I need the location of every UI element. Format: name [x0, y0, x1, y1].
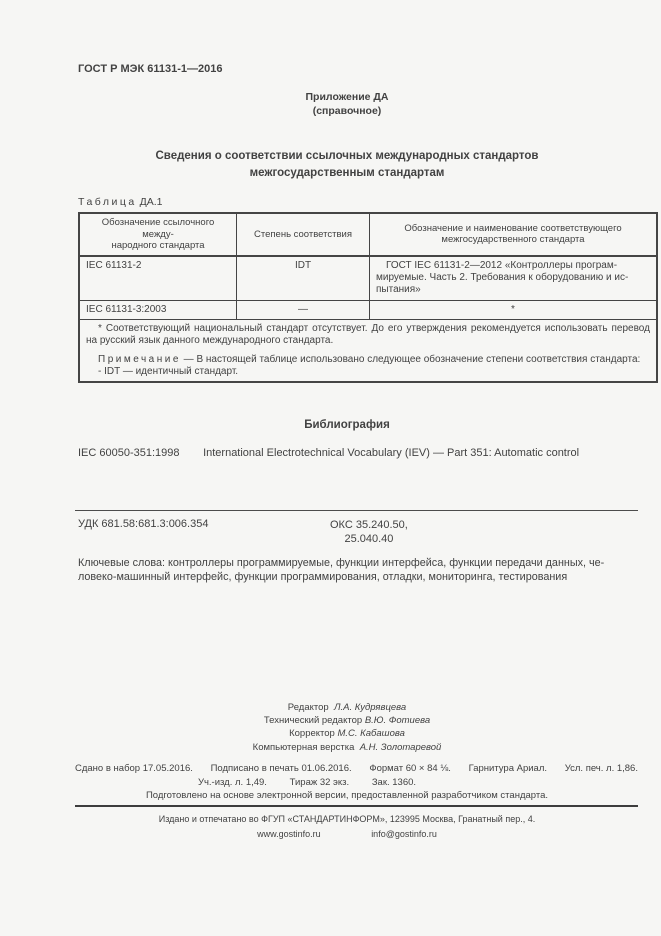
- publisher-contacts: www.gostinfo.ru info@gostinfo.ru: [78, 829, 616, 839]
- table-caption: Таблица ДА.1: [78, 196, 162, 208]
- annex-type: (справочное): [78, 105, 616, 119]
- table-row: IEC 61131-3:2003 — *: [79, 300, 657, 319]
- note-text: — В настоящей таблице использовано следу…: [181, 354, 640, 365]
- oks-code-line2: 25.040.40: [330, 532, 408, 546]
- bibliography-entry: IEC 60050-351:1998 International Electro…: [78, 447, 616, 459]
- staff-line-editor: Редактор Л.А. Кудрявцева: [78, 701, 616, 714]
- annex-header: Приложение ДА (справочное): [78, 91, 616, 118]
- column-header-reference-standard: Обозначение ссылочного между- народного …: [79, 213, 237, 256]
- keywords-paragraph: Ключевые слова: контроллеры программируе…: [78, 557, 623, 584]
- cell-reference-standard: IEC 61131-2: [79, 256, 237, 301]
- table-footnote-cell: * Соответствующий национальный стандарт …: [79, 319, 657, 382]
- print-conventional-sheets: Усл. печ. л. 1,86.: [565, 763, 638, 774]
- print-format: Формат 60 × 84 ⅛.: [369, 763, 451, 774]
- divider-rule-bottom: [75, 805, 638, 807]
- note-item-idt: - IDT — идентичный стандарт.: [86, 366, 650, 378]
- staff-name: Л.А. Кудрявцева: [334, 702, 406, 713]
- print-typeface: Гарнитура Ариал.: [469, 763, 547, 774]
- document-page: ГОСТ Р МЭК 61131-1—2016 Приложение ДА (с…: [0, 0, 661, 936]
- annex-title: Приложение ДА: [78, 91, 616, 105]
- cell-reference-standard: IEC 61131-3:2003: [79, 300, 237, 319]
- section-heading-line2: межгосударственным стандартам: [78, 165, 616, 182]
- standard-number: ГОСТ Р МЭК 61131-1—2016: [78, 63, 222, 75]
- print-info-line1: Сдано в набор 17.05.2016. Подписано в пе…: [75, 763, 638, 774]
- staff-role: Редактор: [288, 702, 329, 713]
- column-header-degree: Степень соответствия: [237, 213, 370, 256]
- section-heading-line1: Сведения о соответствии ссылочных междун…: [78, 148, 616, 165]
- column-header-corresponding-standard: Обозначение и наименование соответствующ…: [370, 213, 658, 256]
- publisher-email: info@gostinfo.ru: [371, 829, 437, 839]
- print-info-line2: Уч.-изд. л. 1,49. Тираж 32 экз. Зак. 136…: [38, 777, 576, 788]
- staff-role: Корректор: [289, 728, 335, 739]
- table-row: IEC 61131-2 IDT ГОСТ IEC 61131-2—2012 «К…: [79, 256, 657, 301]
- staff-name: М.С. Кабашова: [337, 728, 404, 739]
- oks-code-line1: ОКС 35.240.50,: [330, 518, 408, 532]
- note-label: Примечание: [98, 354, 181, 365]
- cell-corresponding-standard: *: [370, 300, 658, 319]
- divider-rule-top: [75, 510, 638, 511]
- cell-corresponding-standard: ГОСТ IEC 61131-2—2012 «Контроллеры прогр…: [370, 256, 658, 301]
- section-heading: Сведения о соответствии ссылочных междун…: [78, 148, 616, 182]
- bibliography-entry-text: International Electrotechnical Vocabular…: [203, 447, 579, 459]
- staff-line-proofreader: Корректор М.С. Кабашова: [78, 727, 616, 740]
- publisher-info: Издано и отпечатано во ФГУП «СТАНДАРТИНФ…: [78, 814, 616, 824]
- staff-line-technical-editor: Технический редактор В.Ю. Фотиева: [78, 714, 616, 727]
- correspondence-table: Обозначение ссылочного между- народного …: [78, 212, 658, 383]
- staff-name: А.Н. Золотаревой: [360, 742, 442, 753]
- table-caption-label: Таблица: [78, 196, 137, 208]
- bibliography-entry-ref: IEC 60050-351:1998: [78, 447, 200, 459]
- print-order-number: Зак. 1360.: [372, 777, 416, 788]
- table-header-row: Обозначение ссылочного между- народного …: [79, 213, 657, 256]
- staff-role: Компьютерная верстка: [253, 742, 355, 753]
- cell-degree: —: [237, 300, 370, 319]
- staff-role: Технический редактор: [264, 715, 362, 726]
- table-footnote: * Соответствующий национальный стандарт …: [86, 323, 650, 347]
- colophon-staff: Редактор Л.А. Кудрявцева Технический ред…: [78, 701, 616, 754]
- cell-degree: IDT: [237, 256, 370, 301]
- print-info-line3: Подготовлено на основе электронной верси…: [78, 790, 616, 801]
- staff-name: В.Ю. Фотиева: [365, 715, 430, 726]
- print-sent-to-typesetting: Сдано в набор 17.05.2016.: [75, 763, 193, 774]
- udk-code: УДК 681.58:681.3:006.354: [78, 518, 208, 530]
- oks-code: ОКС 35.240.50, 25.040.40: [330, 518, 408, 546]
- print-circulation: Тираж 32 экз.: [290, 777, 350, 788]
- print-publisher-sheets: Уч.-изд. л. 1,49.: [198, 777, 267, 788]
- bibliography-heading: Библиография: [78, 419, 616, 431]
- publisher-website: www.gostinfo.ru: [257, 829, 321, 839]
- table-caption-number: ДА.1: [140, 196, 163, 208]
- staff-line-layout: Компьютерная верстка А.Н. Золотаревой: [78, 741, 616, 754]
- print-signed-to-print: Подписано в печать 01.06.2016.: [211, 763, 352, 774]
- table-note: Примечание — В настоящей таблице использ…: [86, 354, 650, 366]
- table-footnote-row: * Соответствующий национальный стандарт …: [79, 319, 657, 382]
